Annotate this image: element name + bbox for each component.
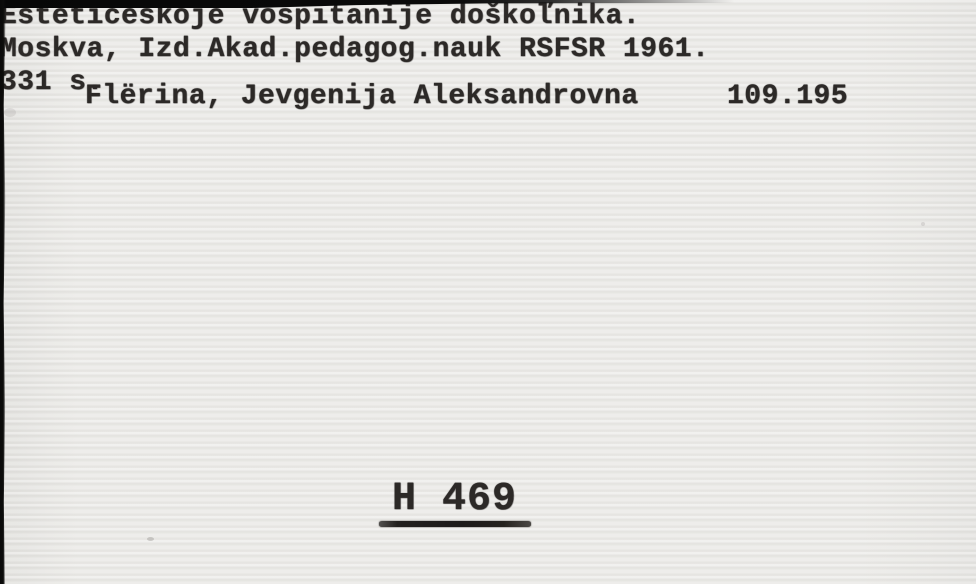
paper-smudge xyxy=(921,222,925,226)
shelf-mark: H 469 xyxy=(392,477,517,522)
author-heading: Flërina, Jevgenija Aleksandrovna xyxy=(85,80,639,113)
imprint-line: Moskva, Izd.Akad.pedagog.nauk RSFSR 1961… xyxy=(0,33,976,66)
catalog-card-scan: Flërina, Jevgenija Aleksandrovna 109.195… xyxy=(0,0,976,584)
paper-smudge xyxy=(147,537,154,541)
call-number: 109.195 xyxy=(727,80,848,113)
shelf-mark-underline xyxy=(379,521,531,527)
paper-smudge xyxy=(4,108,16,117)
